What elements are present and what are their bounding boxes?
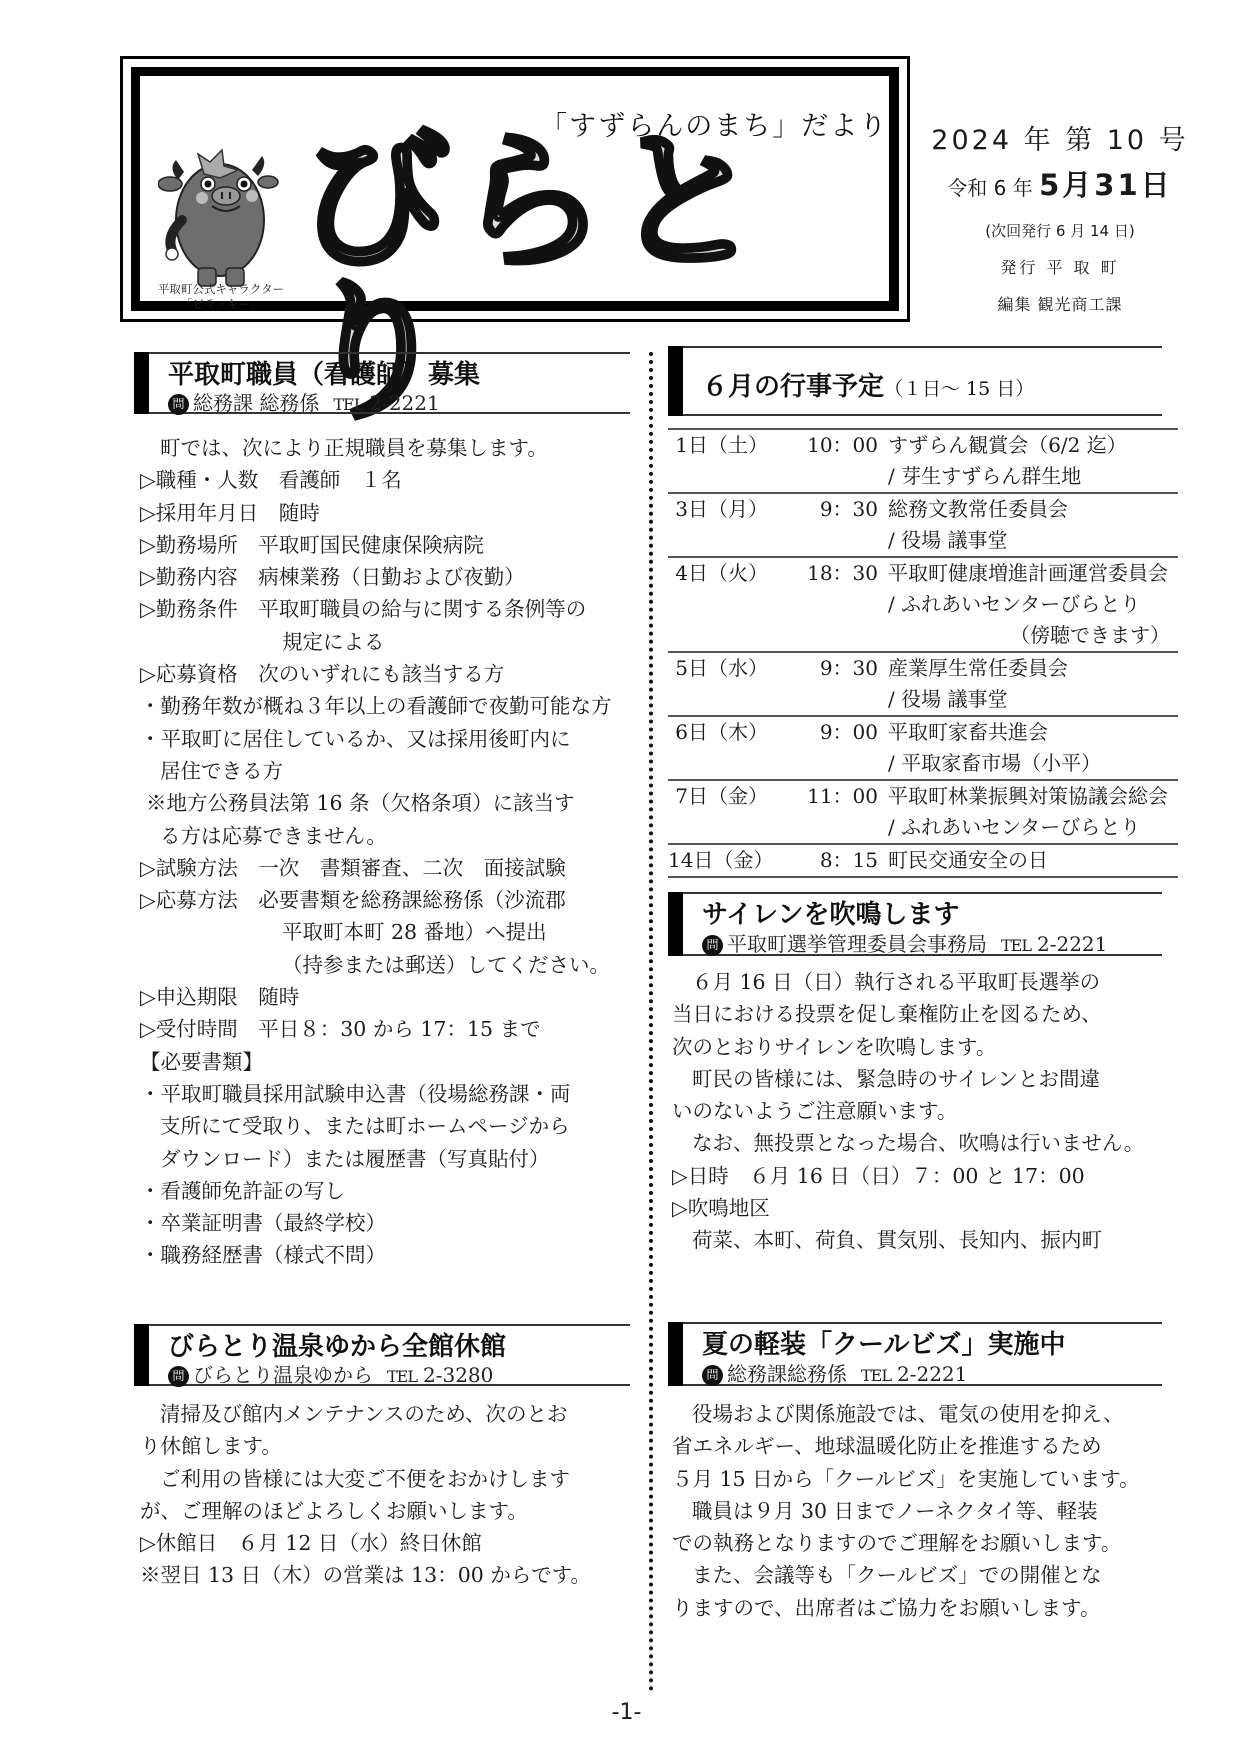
siren-body: ６月 16 日（日）執行される平取町長選挙の 当日における投票を促し棄権防止を図… [672, 966, 1144, 1257]
section-title: 夏の軽装「クールビズ」実施中 [702, 1324, 1065, 1361]
tel-label: TEL [333, 395, 363, 414]
section-header-onsen-closure: びらとり温泉ゆから全館休館 問びらとり温泉ゆからTEL2-3280 [134, 1324, 630, 1386]
tel-label: TEL [1001, 936, 1031, 955]
tel-label: TEL [861, 1366, 891, 1385]
section-header-siren: サイレンを吹鳴します 問平取町選挙管理委員会事務局TEL2-2221 [668, 892, 1162, 956]
header-accent-bar [668, 892, 683, 956]
schedule-row: 7日（金） 11：00 平取町林業振興対策協議会総会/ ふれあいセンターびらとり [668, 779, 1178, 843]
mascot-biracky-icon [158, 140, 280, 290]
header-accent-bar [668, 1322, 683, 1386]
inquiry-icon: 問 [168, 394, 189, 415]
schedule-row: 5日（水） 9：30 産業厚生常任委員会/ 役場 議事堂 [668, 651, 1178, 715]
contact-line: 問総務課総務係TEL2-2221 [702, 1358, 967, 1387]
nurse-recruitment-body: 町では、次により正規職員を募集します。 ▷職種・人数 看護師 １名 ▷採用年月日… [140, 432, 612, 1272]
contact-line: 問平取町選挙管理委員会事務局TEL2-2221 [702, 928, 1107, 957]
editor: 編集 観光商工課 [930, 292, 1190, 315]
contact-phone: 2-2221 [369, 391, 439, 415]
mascot-caption: 平取町公式キャラクター 「ビラッキー」 [146, 282, 296, 312]
onsen-closure-body: 清掃及び館内メンテナンスのため、次のとお り休館します。 ご利用の皆様には大変ご… [140, 1398, 591, 1592]
section-header-coolbiz: 夏の軽装「クールビズ」実施中 問総務課総務係TEL2-2221 [668, 1322, 1162, 1386]
coolbiz-body: 役場および関係施設では、電気の使用を抑え、 省エネルギー、地球温暖化防止を推進す… [672, 1398, 1140, 1624]
section-title: びらとり温泉ゆから全館休館 [168, 1326, 506, 1363]
schedule-row: 6日（木） 9：00 平取町家畜共進会/ 平取家畜市場（小平） [668, 715, 1178, 779]
next-issue-date: (次回発行 6 月 14 日) [930, 220, 1190, 241]
issue-number: 2024 年 第 10 号 [930, 118, 1190, 157]
schedule-row: 4日（火） 18：30 平取町健康増進計画運営委員会/ ふれあいセンターびらとり… [668, 556, 1178, 651]
section-title: ６月の行事予定（１日～ 15 日） [702, 366, 1034, 403]
schedule-row: 14日（金） 8：15 町民交通安全の日 [668, 843, 1178, 878]
section-title: サイレンを吹鳴します [702, 894, 960, 931]
inquiry-icon: 問 [702, 1365, 723, 1386]
masthead-inner-frame: 「すずらんのまち」だより びらとり 平取町公式キャラクター 「ビラッキー」 [131, 67, 899, 311]
section-header-june-schedule: ６月の行事予定（１日～ 15 日） [668, 346, 1162, 416]
schedule-row: 1日（土） 10：00 すずらん観賞会（6/2 迄）/ 芽生すずらん群生地 [668, 428, 1178, 492]
inquiry-icon: 問 [702, 935, 723, 956]
inquiry-icon: 問 [168, 1366, 189, 1387]
tel-label: TEL [387, 1367, 417, 1386]
contact-phone: 2-2221 [897, 1362, 967, 1386]
contact-phone: 2-2221 [1037, 932, 1107, 956]
contact-line: 問総務課 総務係TEL2-2221 [168, 387, 440, 416]
header-accent-bar [134, 1324, 149, 1386]
header-accent-bar [134, 352, 149, 414]
publisher: 発行 平 取 町 [930, 255, 1190, 278]
section-title: 平取町職員（看護師）募集 [168, 354, 480, 391]
page-number: -1- [0, 1700, 1253, 1725]
column-divider [649, 352, 653, 1692]
schedule-row: 3日（月） 9：30 総務文教常任委員会/ 役場 議事堂 [668, 492, 1178, 556]
header-accent-bar [668, 346, 683, 416]
contact-phone: 2-3280 [423, 1363, 493, 1387]
masthead-frame: 「すずらんのまち」だより びらとり 平取町公式キャラクター 「ビラッキー」 [120, 56, 910, 322]
issue-info: 2024 年 第 10 号 令和 6 年 5月31日 (次回発行 6 月 14 … [930, 118, 1190, 315]
contact-line: 問びらとり温泉ゆからTEL2-3280 [168, 1359, 493, 1388]
event-schedule-table: 1日（土） 10：00 すずらん観賞会（6/2 迄）/ 芽生すずらん群生地 3日… [668, 428, 1178, 878]
section-header-nurse-recruitment: 平取町職員（看護師）募集 問総務課 総務係TEL2-2221 [134, 352, 630, 414]
issue-date: 令和 6 年 5月31日 [930, 163, 1190, 204]
